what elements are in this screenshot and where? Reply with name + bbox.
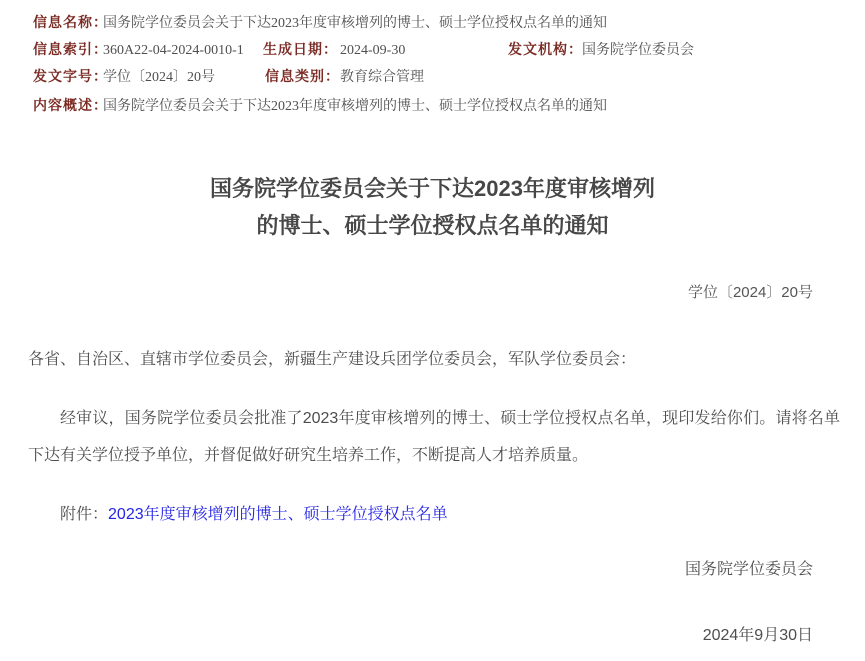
signer: 国务院学位委员会 xyxy=(0,558,813,582)
issuing-agency-label: 发文机构： xyxy=(508,37,583,64)
content-summary-value: 国务院学位委员会关于下达2023年度审核增列的博士、硕士学位授权点名单的通知 xyxy=(103,93,607,120)
info-category-value: 教育综合管理 xyxy=(340,64,424,91)
meta-row-info-name: 信息名称： 国务院学位委员会关于下达2023年度审核增列的博士、硕士学位授权点名… xyxy=(0,10,865,37)
info-name-value: 国务院学位委员会关于下达2023年度审核增列的博士、硕士学位授权点名单的通知 xyxy=(103,10,607,37)
attachment-line: 附件：2023年度审核增列的博士、硕士学位授权点名单 xyxy=(28,503,843,527)
info-category-label: 信息类别： xyxy=(265,64,340,91)
info-name-label: 信息名称： xyxy=(33,10,108,37)
info-index-label: 信息索引： xyxy=(33,37,108,64)
generate-date-value: 2024-09-30 xyxy=(340,37,405,64)
meta-row-summary: 内容概述： 国务院学位委员会关于下达2023年度审核增列的博士、硕士学位授权点名… xyxy=(0,93,865,120)
doc-number-label: 发文字号： xyxy=(33,64,108,91)
document-title: 国务院学位委员会关于下达2023年度审核增列 的博士、硕士学位授权点名单的通知 xyxy=(0,170,865,244)
meta-row-info-index: 信息索引： 360A22-04-2024-0010-1 生成日期： 2024-0… xyxy=(0,37,865,64)
issuing-agency-value: 国务院学位委员会 xyxy=(582,37,694,64)
body-paragraph: 经审议，国务院学位委员会批准了2023年度审核增列的博士、硕士学位授权点名单，现… xyxy=(28,400,840,474)
document-title-line2: 的博士、硕士学位授权点名单的通知 xyxy=(0,207,865,244)
attachment-link[interactable]: 2023年度审核增列的博士、硕士学位授权点名单 xyxy=(108,506,448,523)
meta-row-doc-number: 发文字号： 学位〔2024〕20号 信息类别： 教育综合管理 xyxy=(0,64,865,91)
document-number: 学位〔2024〕20号 xyxy=(0,282,813,304)
attachment-label: 附件： xyxy=(60,506,108,523)
document-meta-header: 信息名称： 国务院学位委员会关于下达2023年度审核增列的博士、硕士学位授权点名… xyxy=(0,10,865,120)
document-date: 2024年9月30日 xyxy=(0,624,813,648)
info-index-value: 360A22-04-2024-0010-1 xyxy=(103,37,244,64)
content-summary-label: 内容概述： xyxy=(33,93,108,120)
doc-number-value: 学位〔2024〕20号 xyxy=(103,64,215,91)
generate-date-label: 生成日期： xyxy=(263,37,338,64)
document-title-line1: 国务院学位委员会关于下达2023年度审核增列 xyxy=(0,170,865,207)
salutation: 各省、自治区、直辖市学位委员会，新疆生产建设兵团学位委员会，军队学位委员会： xyxy=(28,348,843,372)
